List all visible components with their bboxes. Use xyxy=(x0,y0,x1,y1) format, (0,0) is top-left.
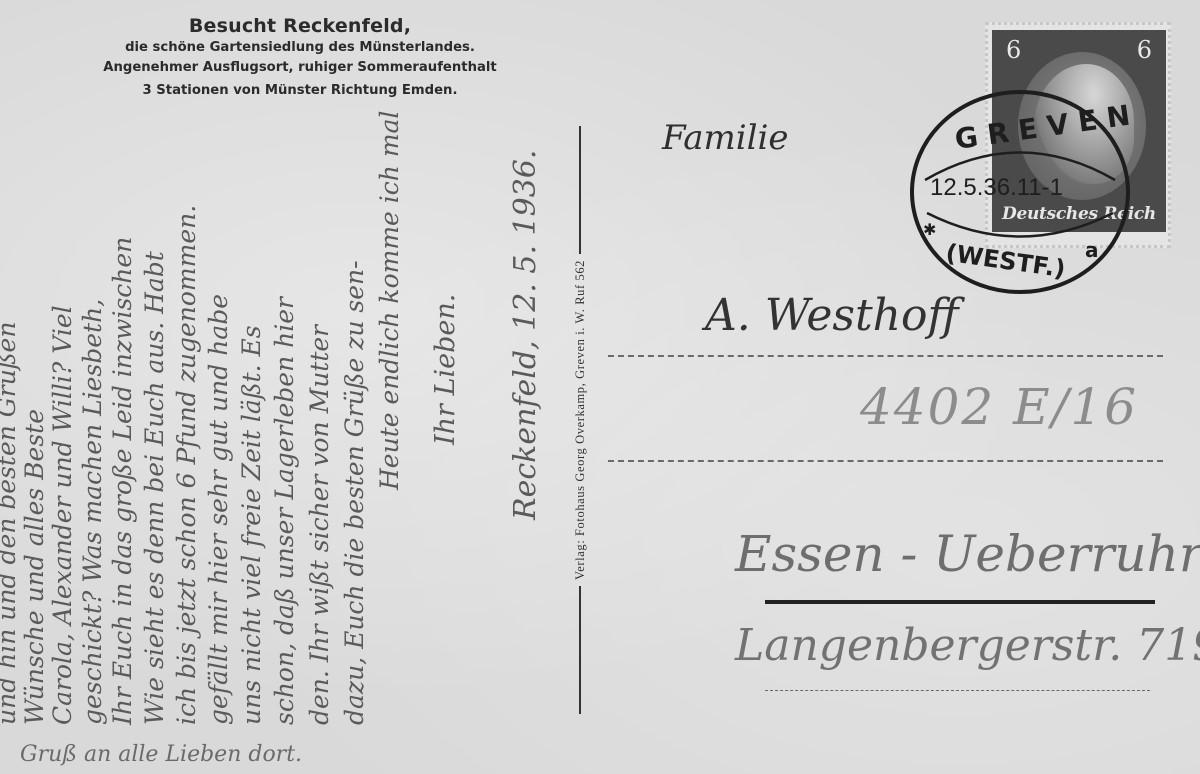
message-place-date: Reckenfeld, 12. 5. 1936. xyxy=(508,150,543,520)
message-line: gefällt mir hier sehr gut und habe xyxy=(204,294,233,725)
message-line: Heute endlich komme ich mal xyxy=(375,111,404,490)
svg-text:a: a xyxy=(1085,238,1099,262)
svg-text:12.5.36.11-1: 12.5.36.11-1 xyxy=(930,174,1063,201)
svg-text:✱: ✱ xyxy=(923,220,936,239)
header-line-1: die schöne Gartensiedlung des Münsterlan… xyxy=(40,38,560,58)
city-underline xyxy=(765,600,1155,604)
svg-text:G R E V E N: G R E V E N xyxy=(953,99,1133,156)
message-line: Carola, Alexander und Willi? Viel xyxy=(48,305,77,725)
message-line: uns nicht viel freie Zeit läßt. Es xyxy=(237,325,266,725)
imprint-text: Verlag: Fotohaus Georg Overkamp, Greven … xyxy=(573,260,588,580)
printed-header: Besucht Reckenfeld, die schöne Gartensie… xyxy=(40,14,560,101)
address-line-3 xyxy=(765,690,1150,691)
postal-note: 4402 E/16 xyxy=(860,378,1138,436)
address-salutation: Familie xyxy=(662,118,789,158)
header-line-2: Angenehmer Ausflugsort, ruhiger Sommerau… xyxy=(40,58,560,78)
header-title: Besucht Reckenfeld, xyxy=(40,14,560,38)
handwritten-message: Reckenfeld, 12. 5. 1936. Ihr Lieben. Heu… xyxy=(0,100,540,774)
message-footer: Gruß an alle Lieben dort. xyxy=(20,742,302,767)
address-line-2 xyxy=(608,460,1163,462)
header-line-3: 3 Stationen von Münster Richtung Emden. xyxy=(40,81,560,101)
message-line: Wie sieht es denn bei Euch aus. Habt xyxy=(140,251,169,725)
address-line-1 xyxy=(608,355,1163,357)
message-line: und hin und den besten Grüßen xyxy=(0,322,21,725)
message-salutation: Ihr Lieben. xyxy=(430,294,461,445)
recipient-name: A. Westhoff xyxy=(705,290,959,341)
publisher-imprint: Verlag: Fotohaus Georg Overkamp, Greven … xyxy=(570,120,590,720)
recipient-city: Essen - Ueberruhr xyxy=(735,525,1200,583)
imprint-rule-left xyxy=(579,586,581,714)
message-line: schon, daß unser Lagerleben hier xyxy=(270,297,299,725)
message-line: den. Ihr wißt sicher von Mutter xyxy=(305,325,334,725)
postcard: Besucht Reckenfeld, die schöne Gartensie… xyxy=(0,0,1200,774)
message-line: dazu, Euch die besten Grüße zu sen- xyxy=(340,260,369,725)
postmark-icon: G R E V E N 12.5.36.11-1 (WESTF.) a ✱ xyxy=(905,85,1135,300)
stamp-value-left: 6 xyxy=(1006,36,1021,64)
message-line: Ihr Euch in das große Leid inzwischen xyxy=(108,237,137,725)
recipient-street: Langenbergerstr. 719 xyxy=(735,620,1200,671)
stamp-value-right: 6 xyxy=(1137,36,1152,64)
message-line: Wünsche und alles Beste xyxy=(20,409,49,725)
message-line: geschickt? Was machen Liesbeth, xyxy=(78,299,107,725)
imprint-rule-right xyxy=(579,126,581,254)
message-line: ich bis jetzt schon 6 Pfund zugenommen. xyxy=(172,205,201,725)
